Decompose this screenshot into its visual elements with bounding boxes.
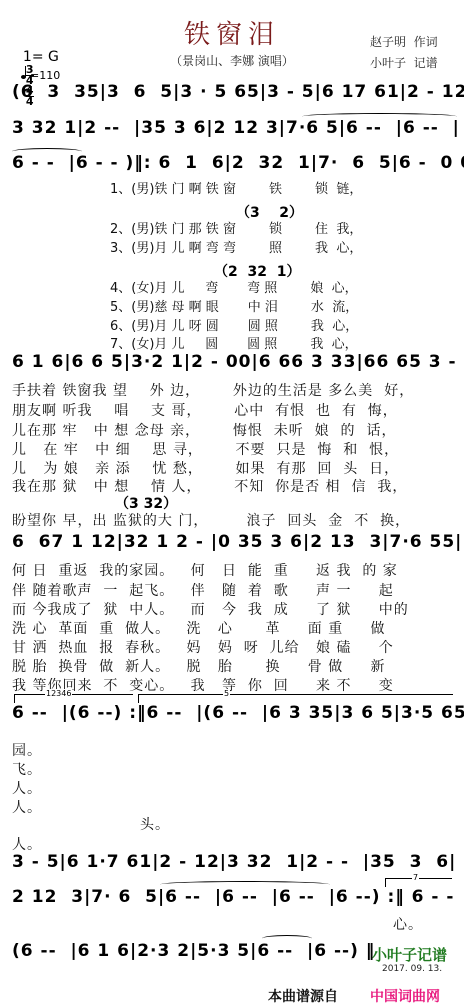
lyric-line: 我在那 狱 中 想 情 人， 不知 你是否 相 信 我， xyxy=(12,476,407,496)
staff-line-1: (6 3 35|3 6 5|3 · 5 65|3 - 5|6 17 61|2 -… xyxy=(12,82,464,102)
lyric-line: 盼望你 早，出 监狱的大 门， 浪子 回头 金 不 换， xyxy=(12,510,410,530)
tie-mark xyxy=(12,148,82,155)
lyric-tail: 园。 xyxy=(12,740,42,760)
lyric-tail: 人。 xyxy=(12,778,42,798)
volta-bracket-1: 12346 xyxy=(14,694,133,703)
verse-line: 5、(男)慈 母 啊 眼 中 泪 水 流， xyxy=(110,296,358,315)
tempo-marking: =110 xyxy=(14,56,60,82)
lyric-tail: 头。 xyxy=(140,814,170,834)
staff-line-7: 3 - 5|6 1·7 61|2 - 12|3 32 1|2 - - |35 3… xyxy=(12,852,456,872)
lyric-line: 脱 胎 换骨 做 新人。 脱 胎 换 骨 做 新 xyxy=(12,656,386,676)
staff-line-6: 6 -- |(6 --) :‖6 -- |(6 -- |6 3 35|3 6 5… xyxy=(12,703,464,723)
lyric-tail: 飞。 xyxy=(12,759,42,779)
staff-line-4: 6 1 6|6 6 5|3·2 1|2 - 00|6 66 3 33|66 65… xyxy=(12,352,464,372)
source-brand-link[interactable]: 中国词曲网 xyxy=(370,986,440,1005)
volta-bracket-2: 5 xyxy=(138,694,453,703)
lyric-line: 儿 在 牢 中 细 思 寻， 不要 只是 悔 和 恨， xyxy=(12,439,399,459)
quarter-note-icon xyxy=(21,75,26,79)
verse-line: 6、(男)月 儿 呀 圆 圆 照 我 心， xyxy=(110,315,358,334)
staff-line-8: 2 12 3|7· 6 5|6 -- |6 -- |6 -- |6 --) :‖… xyxy=(12,887,464,907)
tie-mark xyxy=(302,113,457,120)
verse-line: 7、(女)月 儿 圆 圆 照 我 心， xyxy=(110,333,358,352)
verse-line: 1、(男)铁 门 啊 铁 窗 铁 锁 链， xyxy=(110,178,362,197)
lyric-end: 心。 xyxy=(393,914,423,934)
lyric-line: 朋友啊 听我 唱 支 哥， 心中 有恨 也 有 悔， xyxy=(12,400,398,420)
lyric-line: 甘 洒 热血 报 春秋。 妈 妈 呀 儿给 娘 磕 个 xyxy=(12,637,394,657)
lyric-line: 手扶着 铁窗我 望 外 边， 外边的生活是 多么美 好， xyxy=(12,380,414,400)
verse-line: 2、(男)铁 门 那 铁 窗 锁 住 我， xyxy=(110,218,362,237)
transcriber-signature: 小叶子记谱 xyxy=(372,944,447,965)
lyric-tail: 人。 xyxy=(12,797,42,817)
staff-line-2: 3 32 1|2 -- |35 3 6|2 12 3|7·6 5|6 -- |6… xyxy=(12,118,460,138)
transcriber-credit: 小叶子 记谱 xyxy=(370,54,438,71)
volta-bracket-3: 7 xyxy=(385,878,452,887)
lyric-line: 儿 为 娘 亲 添 忧 愁， 如果 有那 回 头 日， xyxy=(12,458,399,478)
transcription-date: 2017. 09. 13. xyxy=(382,964,442,974)
staff-line-9: (6 -- |6 1 6|2·3 2|5·3 5|6 -- |6 --) ‖ xyxy=(12,941,375,961)
lyricist-credit: 赵子明 作词 xyxy=(370,33,438,50)
lyric-line: 伴 随着歌声 一 起飞。 伴 随 着 歌 声 一 起 xyxy=(12,580,394,600)
lyric-line: 儿在那 牢 中 想 念母 亲， 悔恨 未听 娘 的 话， xyxy=(12,420,396,440)
verse-line: 3、(男)月 儿 啊 弯 弯 照 我 心， xyxy=(110,237,362,256)
tempo-value: =110 xyxy=(30,69,60,82)
staff-line-5: 6 67 1 12|32 1 2 - |0 35 3 6|2 13 3|7·6 … xyxy=(12,532,462,552)
verse-line: 4、(女)月 儿 弯 弯 照 娘 心， xyxy=(110,277,358,296)
source-label: 本曲谱源自 xyxy=(268,986,338,1005)
lyric-line: 何 日 重返 我的家园。 何 日 能 重 返 我 的 家 xyxy=(12,560,398,580)
staff-line-3: 6 - - |6 - - )‖: 6 1 6|2 32 1|7· 6 5|6 -… xyxy=(12,153,464,173)
lyric-line: 而 今我成了 狱 中人。 而 今 我 成 了 狱 中的 xyxy=(12,599,409,619)
lyric-line: 洗 心 革面 重 做人。 洗 心 革 面 重 做 xyxy=(12,618,386,638)
lyric-tail: 人。 xyxy=(12,834,42,854)
